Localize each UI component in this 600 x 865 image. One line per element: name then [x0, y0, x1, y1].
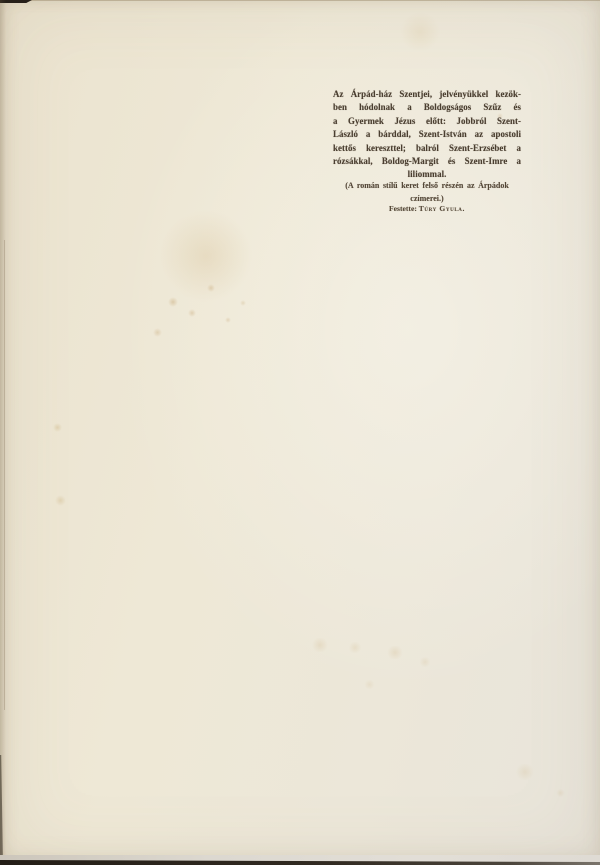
description-line: rózsákkal, Boldog-Margit és Szent-Imre a: [333, 155, 521, 168]
description-line: a Gyermek Jézus előtt: Jobbról Szent-: [333, 115, 521, 128]
frame-note-line: (A román stílű keret felső részén az Árp…: [329, 179, 525, 192]
book-page-sheet: Az Árpád-ház Szentjei, jelvényükkel kezö…: [0, 0, 600, 865]
frame-note: (A román stílű keret felső részén az Árp…: [329, 179, 525, 205]
painter-name: Túry Gyula.: [419, 204, 465, 213]
description-line: kettős kereszttel; balról Szent-Erzsébet…: [333, 142, 521, 155]
painter-credit: Festette: Túry Gyula.: [333, 204, 521, 213]
description-line: László a bárddal, Szent-István az aposto…: [333, 128, 521, 141]
credit-label: Festette:: [389, 204, 417, 213]
description-line: ben hódolnak a Boldogságos Szűz és: [333, 101, 521, 114]
plate-description: Az Árpád-ház Szentjei, jelvényükkel kezö…: [333, 88, 521, 182]
page-left-edge-shadow: [0, 0, 6, 865]
page-top-edge: [0, 0, 600, 1]
description-line: Az Árpád-ház Szentjei, jelvényükkel kezö…: [333, 88, 521, 101]
page-left-crease: [4, 240, 5, 710]
